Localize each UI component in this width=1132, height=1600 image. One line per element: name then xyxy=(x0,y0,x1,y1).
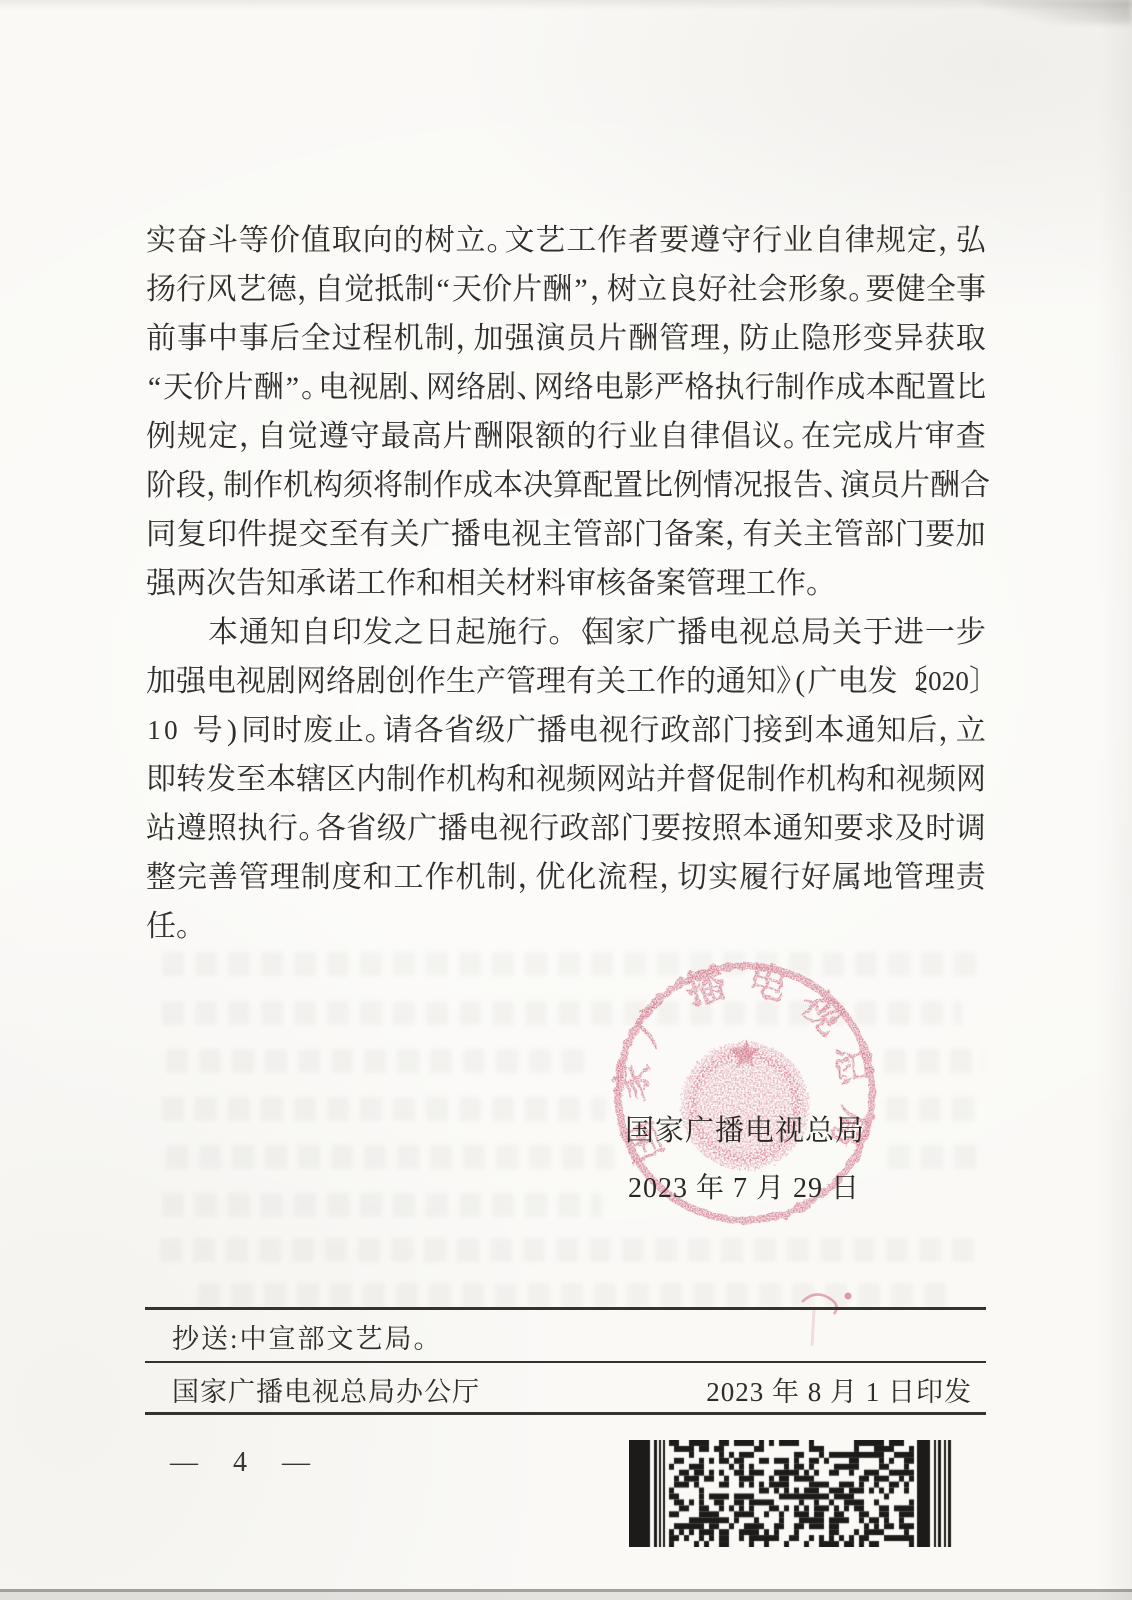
bleedthrough-artifact xyxy=(886,1097,984,1121)
bleedthrough-artifact xyxy=(160,1238,984,1262)
body-line: 本通知自印发之日起施行。《国家广播电视总局关于进一步 xyxy=(146,608,986,657)
body-line: 阶段，制作机构须将制作成本决算配置比例情况报告、演员片酬合 xyxy=(146,461,986,510)
body-line: 例规定，自觉遵守最高片酬限额的行业自律倡议。在完成片审查 xyxy=(146,412,986,461)
signature-organization: 国家广播电视总局 xyxy=(609,1108,881,1149)
body-line: 整完善管理制度和工作机制，优化流程，切实履行好属地管理责 xyxy=(146,853,986,902)
footer-print-date: 2023 年 8 月 1 日印发 xyxy=(706,1370,972,1409)
body-line: 同复印件提交至有关广播电视主管部门备案，有关主管部门要加 xyxy=(146,510,986,559)
body-line: 实奋斗等价值取向的树立。文艺工作者要遵守行业自律规定，弘 xyxy=(146,216,986,265)
scan-edge-shadow xyxy=(0,1592,1132,1600)
bleedthrough-artifact xyxy=(162,1097,606,1121)
footer-rule-bottom xyxy=(145,1412,986,1415)
scanned-page: 实奋斗等价值取向的树立。文艺工作者要遵守行业自律规定，弘扬行风艺德，自觉抵制“天… xyxy=(0,0,1132,1600)
scan-corner-smudge xyxy=(982,0,1132,24)
body-line: 强两次告知承诺工作和相关材料审核备案管理工作。 xyxy=(146,559,986,608)
footer-rule-middle xyxy=(145,1361,986,1363)
bleedthrough-artifact xyxy=(162,1193,602,1217)
footer-rule-top xyxy=(145,1307,986,1310)
body-line: 加强电视剧网络剧创作生产管理有关工作的通知》(广电发〔2020〕 xyxy=(146,657,986,706)
notice-body: 实奋斗等价值取向的树立。文艺工作者要遵守行业自律规定，弘扬行风艺德，自觉抵制“天… xyxy=(146,216,986,951)
body-line: 即转发至本辖区内制作机构和视频网站并督促制作机构和视频网 xyxy=(146,755,986,804)
body-line: 任。 xyxy=(146,902,986,951)
body-line: 站遵照执行。各省级广播电视行政部门要按照本通知要求及时调 xyxy=(146,804,986,853)
signature-date: 2023 年 7 月 29 日 xyxy=(594,1166,894,1206)
bleedthrough-artifact xyxy=(166,1145,614,1169)
bleedthrough-artifact xyxy=(888,1145,984,1169)
body-line: 前事中事后全过程机制，加强演员片酬管理，防止隐形变异获取 xyxy=(146,314,986,363)
body-line: “天价片酬”。电视剧、网络剧、网络电影严格执行制作成本配置比 xyxy=(146,363,986,412)
page-number: — 4 — xyxy=(170,1447,316,1479)
body-line: 扬行风艺德，自觉抵制“天价片酬”，树立良好社会形象。要健全事 xyxy=(146,265,986,314)
footer-cc-line: 抄送:中宣部文艺局。 xyxy=(145,1317,986,1356)
bleedthrough-artifact xyxy=(884,1049,984,1073)
bleedthrough-artifact xyxy=(166,1049,594,1073)
footer-issuer-row: 国家广播电视总局办公厅 2023 年 8 月 1 日印发 xyxy=(145,1370,986,1409)
footer-issuing-office: 国家广播电视总局办公厅 xyxy=(172,1370,480,1409)
body-line: 10 号)同时废止。请各省级广播电视行政部门接到本通知后，立 xyxy=(146,706,986,755)
document-barcode xyxy=(629,1440,952,1547)
emblem-speckle xyxy=(681,1042,809,1170)
